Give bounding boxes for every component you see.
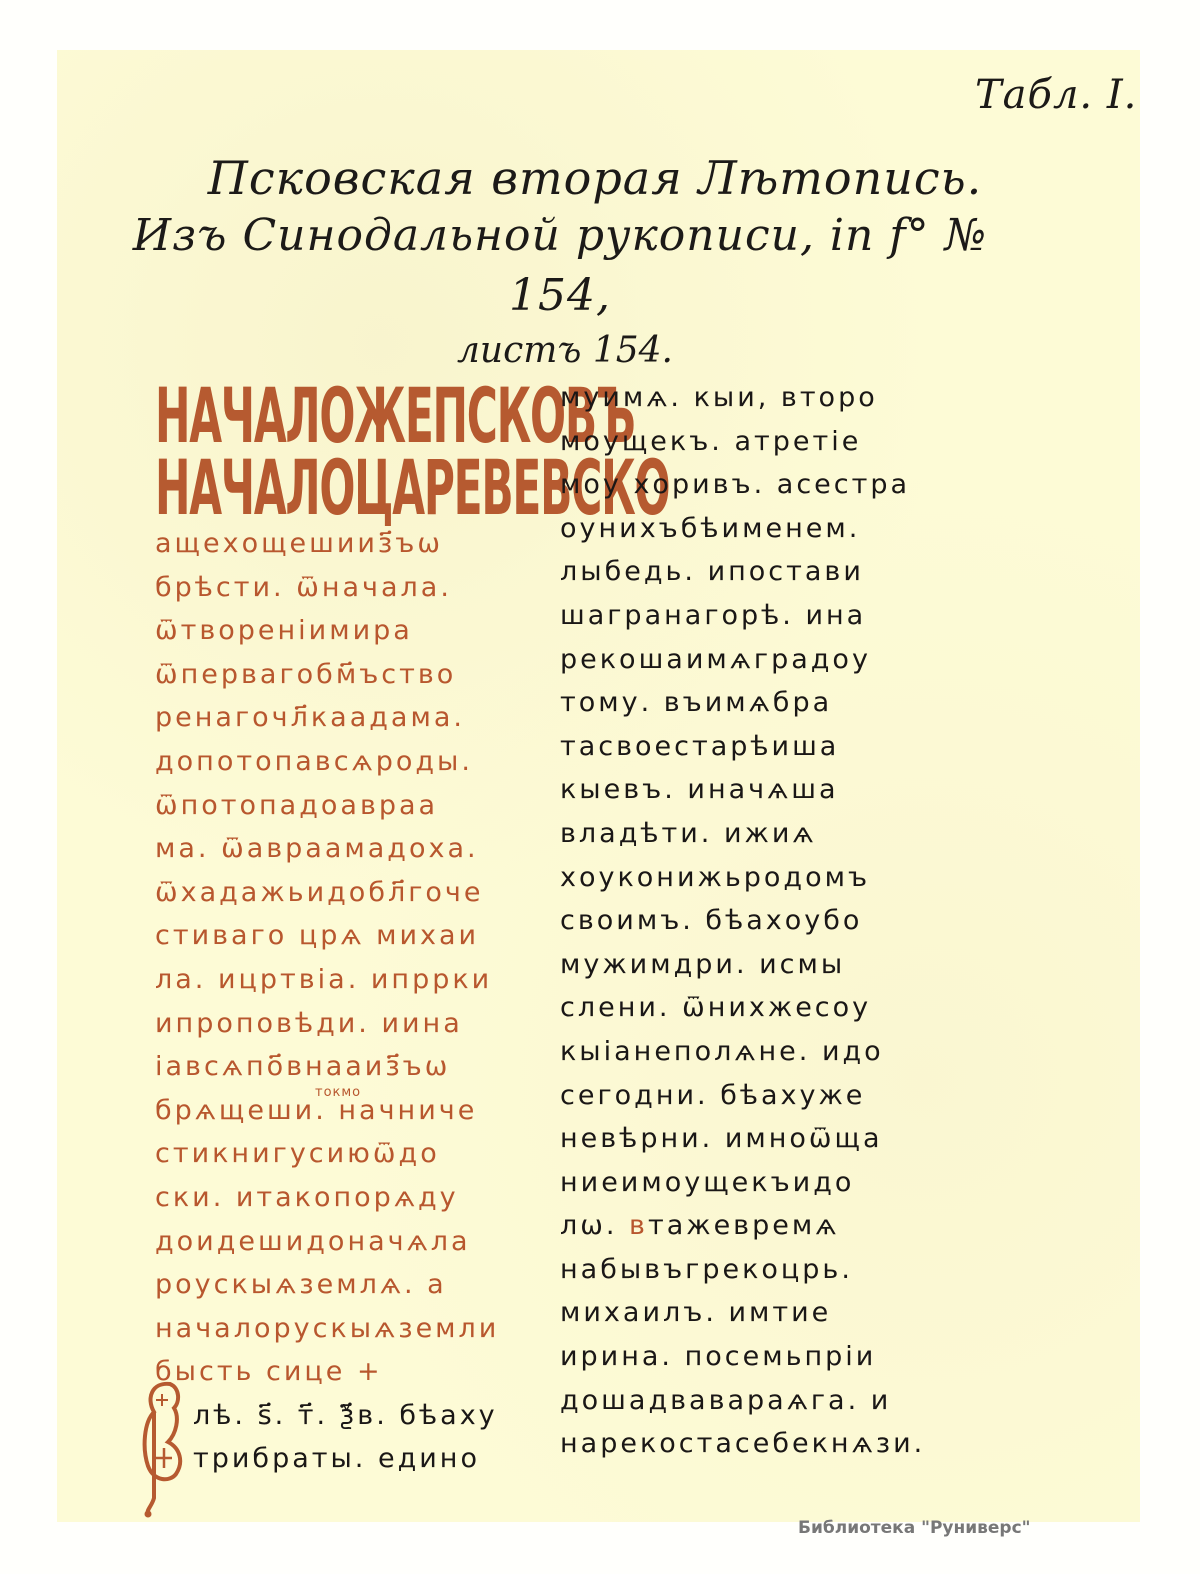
text-line: лѣ. ѕ҃. т҃. ѯ҃в. бѣаху	[155, 1394, 515, 1438]
text-line: набывъгрекоцрь.	[560, 1248, 940, 1292]
plate-label: Табл. I.	[975, 72, 1137, 118]
library-watermark: Библиотека "Руниверс"	[798, 1518, 1031, 1538]
text-line: началорускыѧземли	[155, 1307, 515, 1351]
interlinear-gloss: токмо	[315, 1071, 361, 1115]
text-line: ла. ицртвіа. ипррки	[155, 958, 515, 1002]
text-line: нарекостасебекнѧзи.	[560, 1422, 940, 1466]
text-line: брѣсти. ѿначала.	[155, 566, 515, 610]
text-line: ски. итакопорѧду	[155, 1176, 515, 1220]
text-line: ипроповѣди. иина	[155, 1002, 515, 1046]
text-line: шагранагорѣ. ина	[560, 594, 940, 638]
text-line: ѿпервагобм҃ъство	[155, 653, 515, 697]
title-line-3: листъ 154.	[100, 326, 1030, 376]
text-line: ѿпотопадоавраа	[155, 784, 515, 828]
text-line: лыбедь. ипостави	[560, 550, 940, 594]
right-column: муимѧ. кыи, второ моущекъ. атретіе моу х…	[560, 376, 940, 1466]
text-line: кыіанеполѧне. идо	[560, 1030, 940, 1074]
text-line: хоуконижьродомъ	[560, 856, 940, 900]
text-line: ѿхадажьидобл҃гоче	[155, 871, 515, 915]
text-line: доидешидоначѧла	[155, 1220, 515, 1264]
text-line: ма. ѿавраамадоха.	[155, 827, 515, 871]
text-line: невѣрни. имноѿща	[560, 1117, 940, 1161]
text-line: муимѧ. кыи, второ	[560, 376, 940, 420]
ornamental-heading-row-1: НАЧАЛОЖЕПСКОВЪ	[155, 380, 502, 452]
text-line: рекошаимѧградоу	[560, 638, 940, 682]
text-line: своимъ. бѣахоубо	[560, 899, 940, 943]
text-line: владѣти. ижиѧ	[560, 812, 940, 856]
title-line-1: Псковская вторая Лѣтопись.	[160, 150, 1030, 206]
text-line: оунихъбѣименем.	[560, 507, 940, 551]
text-line: михаилъ. имтие	[560, 1291, 940, 1335]
text-line: тасвоестарѣиша	[560, 725, 940, 769]
text-line: допотопавсѧроды.	[155, 740, 515, 784]
text-line: ренагочл҃каадама.	[155, 696, 515, 740]
text-line: бысть сице +	[155, 1350, 515, 1394]
text-line: дошадвавараѧга. и	[560, 1379, 940, 1423]
text-line: моу хоривъ. асестра	[560, 463, 940, 507]
ornamental-heading-row-2: НАЧАЛОЦАРЕВЕВСКО	[155, 452, 502, 524]
text-line: стиваго црѧ михаи	[155, 914, 515, 958]
text-line-content: лѡ. втажевремѧ	[560, 1210, 839, 1241]
text-line: мужимдри. исмы	[560, 943, 940, 987]
title-line-2: Изъ Синодальной рукописи, in f° № 154,	[90, 206, 1030, 326]
text-line: лѡ. втажевремѧ	[560, 1204, 940, 1248]
ornamental-heading: НАЧАЛОЖЕПСКОВЪ НАЧАЛОЦАРЕВЕВСКО	[155, 380, 502, 522]
text-line: роускыѧземлѧ. а	[155, 1263, 515, 1307]
drop-cap-ornament-icon	[140, 1378, 186, 1518]
text-line: ирина. посемьпріи	[560, 1335, 940, 1379]
text-line: кыевъ. иначѧша	[560, 768, 940, 812]
text-line: стикнигусиюѿдо	[155, 1132, 515, 1176]
text-line: сегодни. бѣахуже	[560, 1074, 940, 1118]
title-block: Псковская вторая Лѣтопись. Изъ Синодальн…	[100, 150, 1030, 376]
text-line: слени. ѿнихжесоу	[560, 986, 940, 1030]
text-line: тому. въимѧбра	[560, 681, 940, 725]
red-initial-letter: в	[629, 1210, 648, 1241]
text-line: ѿтвореніимира	[155, 609, 515, 653]
text-line: ниеимоущекъидо	[560, 1161, 940, 1205]
left-column: НАЧАЛОЖЕПСКОВЪ НАЧАЛОЦАРЕВЕВСКО ащехощеш…	[155, 370, 515, 1481]
text-line: брѧщеши. начниче токмо	[155, 1089, 515, 1133]
text-line: трибраты. едино	[155, 1437, 515, 1481]
text-line: моущекъ. атретіе	[560, 420, 940, 464]
